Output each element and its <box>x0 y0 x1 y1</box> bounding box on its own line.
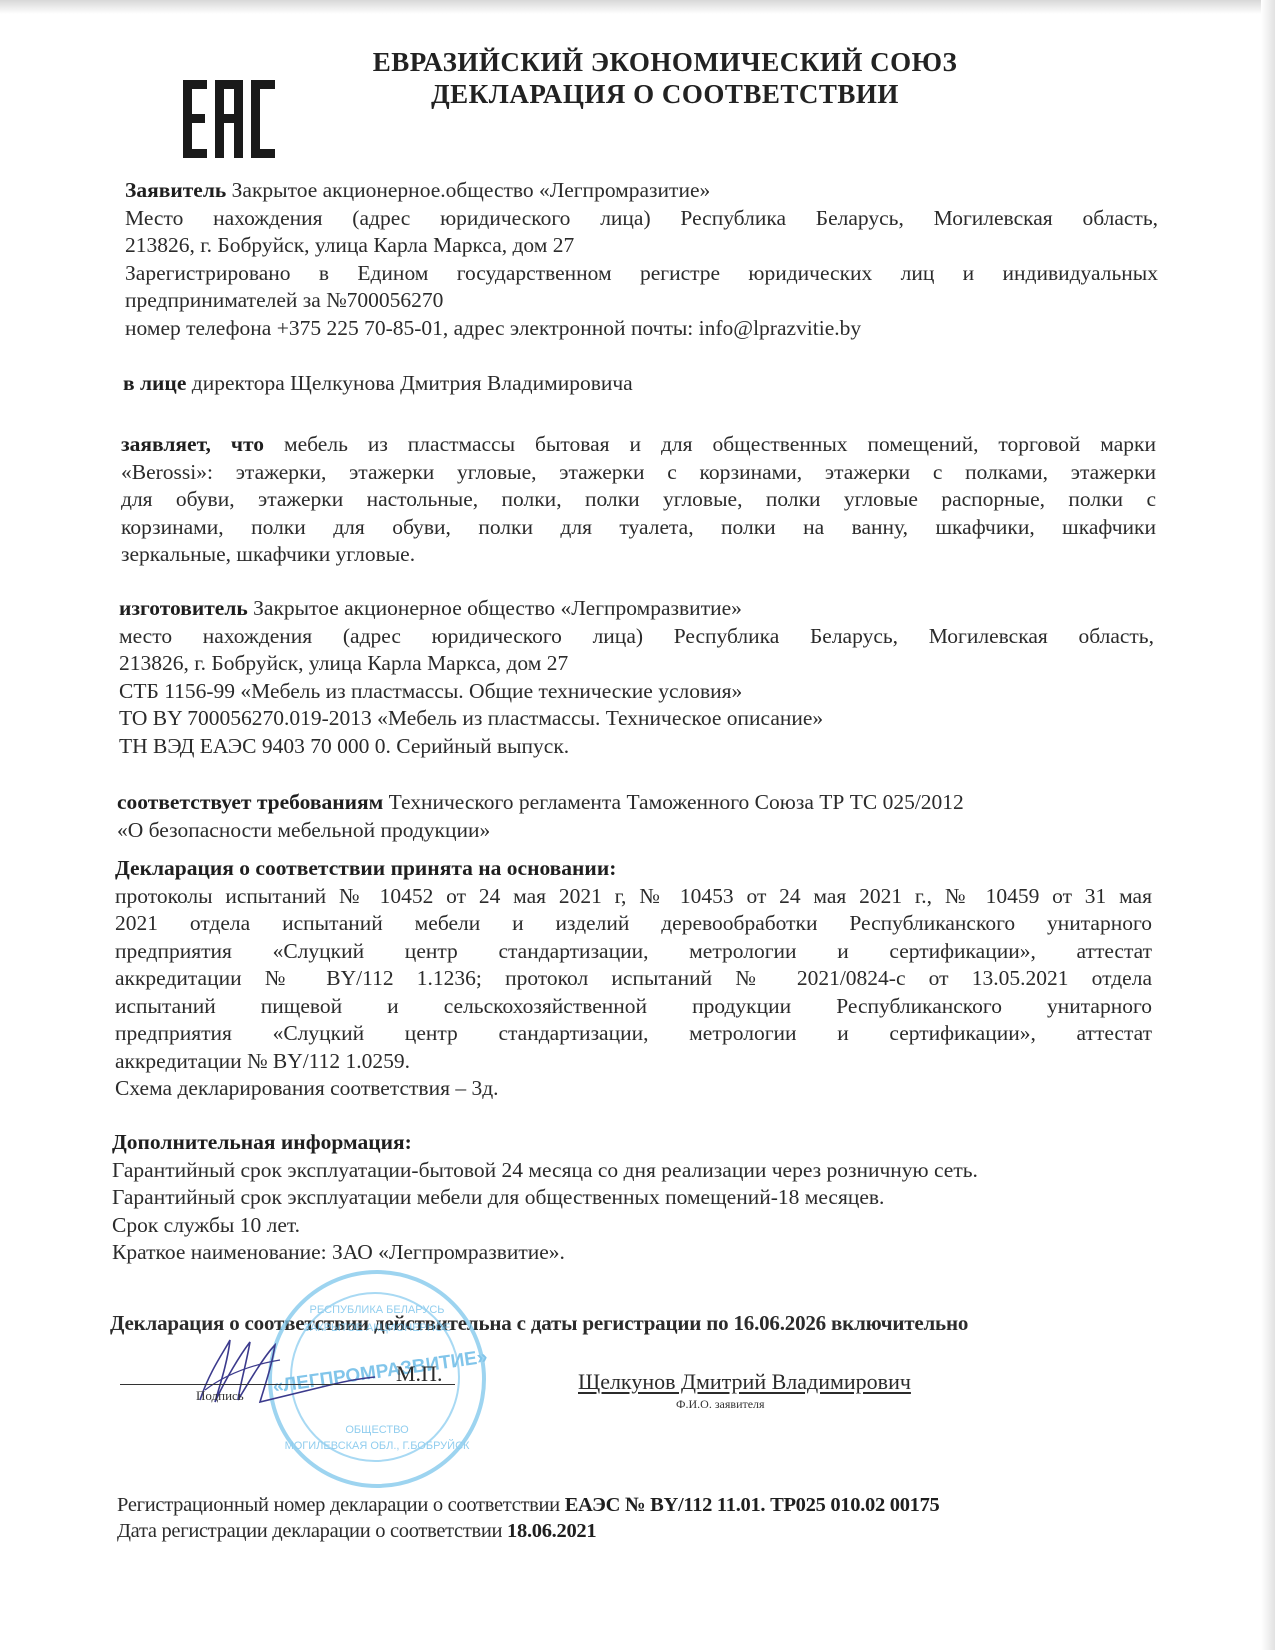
registration-number-value: ЕАЭС № BY/112 11.01. ТР025 010.02 00175 <box>565 1494 940 1516</box>
registration-date-value: 18.06.2021 <box>507 1520 596 1542</box>
registration-number-label: Регистрационный номер декларации о соотв… <box>117 1494 565 1516</box>
declares-section: заявляет, что мебель из пластмассы бытов… <box>121 431 1156 569</box>
stamp-bottom-text-2: МОГИЛЕВСКАЯ ОБЛ., Г.БОБРУЙСК <box>272 1440 482 1452</box>
manufacturer-label: изготовитель <box>119 596 248 620</box>
manufacturer-name: Закрытое акционерное общество «Легпромра… <box>248 596 742 620</box>
conformity-section: соответствует требованиям Технического р… <box>117 789 1152 844</box>
additional-info-line-4: Краткое наименование: ЗАО «Легпромразвит… <box>112 1239 1152 1267</box>
seal-place-label: М.П. <box>396 1360 442 1388</box>
applicant-section: Заявитель Закрытое акционерное.общество … <box>125 177 1158 342</box>
declares-label: заявляет, что <box>121 432 264 456</box>
basis-section: Декларация о соответствии принята на осн… <box>115 855 1152 1103</box>
basis-line-1: протоколы испытаний № 10452 от 24 мая 20… <box>115 883 1152 911</box>
manufacturer-standard-1: СТБ 1156-99 «Мебель из пластмассы. Общие… <box>119 678 1154 706</box>
stamp-top-text: РЕСПУБЛИКА БЕЛАРУСЬ <box>272 1304 482 1316</box>
additional-info-heading: Дополнительная информация: <box>112 1130 412 1154</box>
applicant-name: Закрытое акционерное.общество «Легпромра… <box>226 178 710 202</box>
registration-number-line: Регистрационный номер декларации о соотв… <box>117 1492 1177 1520</box>
basis-line-4: аккредитации № BY/112 1.1236; протокол и… <box>115 965 1152 993</box>
applicant-contacts: номер телефона +375 225 70-85-01, адрес … <box>125 315 1158 343</box>
document-title: ДЕКЛАРАЦИЯ О СООТВЕТСТВИИ <box>300 78 1030 110</box>
applicant-registry-line-1: Зарегистрировано в Едином государственно… <box>125 260 1158 288</box>
conformity-label: соответствует требованиям <box>117 790 383 814</box>
declaration-scheme: Схема декларирования соответствия – 3д. <box>115 1075 1152 1103</box>
additional-info-section: Дополнительная информация: Гарантийный с… <box>112 1129 1152 1267</box>
represented-by-label: в лице <box>123 371 186 395</box>
additional-info-line-2: Гарантийный срок эксплуатации мебели для… <box>112 1184 1152 1212</box>
eac-logo-icon <box>183 80 278 158</box>
conformity-regulation: Технического регламента Таможенного Союз… <box>383 790 964 814</box>
basis-line-6: предприятия «Слуцкий центр стандартизаци… <box>115 1020 1152 1048</box>
registration-date-line: Дата регистрации декларации о соответств… <box>117 1518 1017 1546</box>
union-title: ЕВРАЗИЙСКИЙ ЭКОНОМИЧЕСКИЙ СОЮЗ <box>300 46 1030 78</box>
document-header: ЕВРАЗИЙСКИЙ ЭКОНОМИЧЕСКИЙ СОЮЗ ДЕКЛАРАЦИ… <box>300 46 1030 110</box>
manufacturer-address-line-1: место нахождения (адрес юридического лиц… <box>119 623 1154 651</box>
declares-line-1: мебель из пластмассы бытовая и для общес… <box>264 432 1156 456</box>
manufacturer-tn-ved: ТН ВЭД ЕАЭС 9403 70 000 0. Серийный выпу… <box>119 733 1154 761</box>
manufacturer-address-line-2: 213826, г. Бобруйск, улица Карла Маркса,… <box>119 650 1154 678</box>
registration-date-label: Дата регистрации декларации о соответств… <box>117 1520 507 1542</box>
declares-line-5: зеркальные, шкафчики угловые. <box>121 541 1156 569</box>
manufacturer-section: изготовитель Закрытое акционерное общест… <box>119 595 1154 760</box>
basis-heading: Декларация о соответствии принята на осн… <box>115 856 616 880</box>
declares-line-4: корзинами, полки для обуви, полки для ту… <box>121 514 1156 542</box>
represented-by-value: директора Щелкунова Дмитрия Владимирович… <box>186 371 632 395</box>
conformity-regulation-title: «О безопасности мебельной продукции» <box>117 817 1152 845</box>
basis-line-3: предприятия «Слуцкий центр стандартизаци… <box>115 938 1152 966</box>
stamp-bottom-text: ОБЩЕСТВО <box>272 1424 482 1436</box>
manufacturer-standard-2: ТО BY 700056270.019-2013 «Мебель из плас… <box>119 705 1154 733</box>
signer-caption: Ф.И.О. заявителя <box>676 1397 765 1412</box>
applicant-registry-line-2: предпринимателей за №700056270 <box>125 287 1158 315</box>
signer-name: Щелкунов Дмитрий Владимирович <box>578 1368 911 1396</box>
scan-top-edge <box>0 0 1275 14</box>
declares-line-2: «Berossi»: этажерки, этажерки угловые, э… <box>121 459 1156 487</box>
applicant-label: Заявитель <box>125 178 226 202</box>
basis-line-7: аккредитации № BY/112 1.0259. <box>115 1048 1152 1076</box>
basis-line-2: 2021 отдела испытаний мебели и изделий д… <box>115 910 1152 938</box>
additional-info-line-3: Срок службы 10 лет. <box>112 1212 1152 1240</box>
represented-by-section: в лице директора Щелкунова Дмитрия Влади… <box>123 370 1156 398</box>
declares-line-3: для обуви, этажерки настольные, полки, п… <box>121 486 1156 514</box>
additional-info-line-1: Гарантийный срок эксплуатации-бытовой 24… <box>112 1157 1152 1185</box>
applicant-address-line-1: Место нахождения (адрес юридического лиц… <box>125 205 1158 233</box>
signature-caption: Подпись <box>196 1388 244 1404</box>
basis-line-5: испытаний пищевой и сельскохозяйственной… <box>115 993 1152 1021</box>
scan-right-edge <box>1261 0 1275 1650</box>
applicant-address-line-2: 213826, г. Бобруйск, улица Карла Маркса,… <box>125 232 1158 260</box>
